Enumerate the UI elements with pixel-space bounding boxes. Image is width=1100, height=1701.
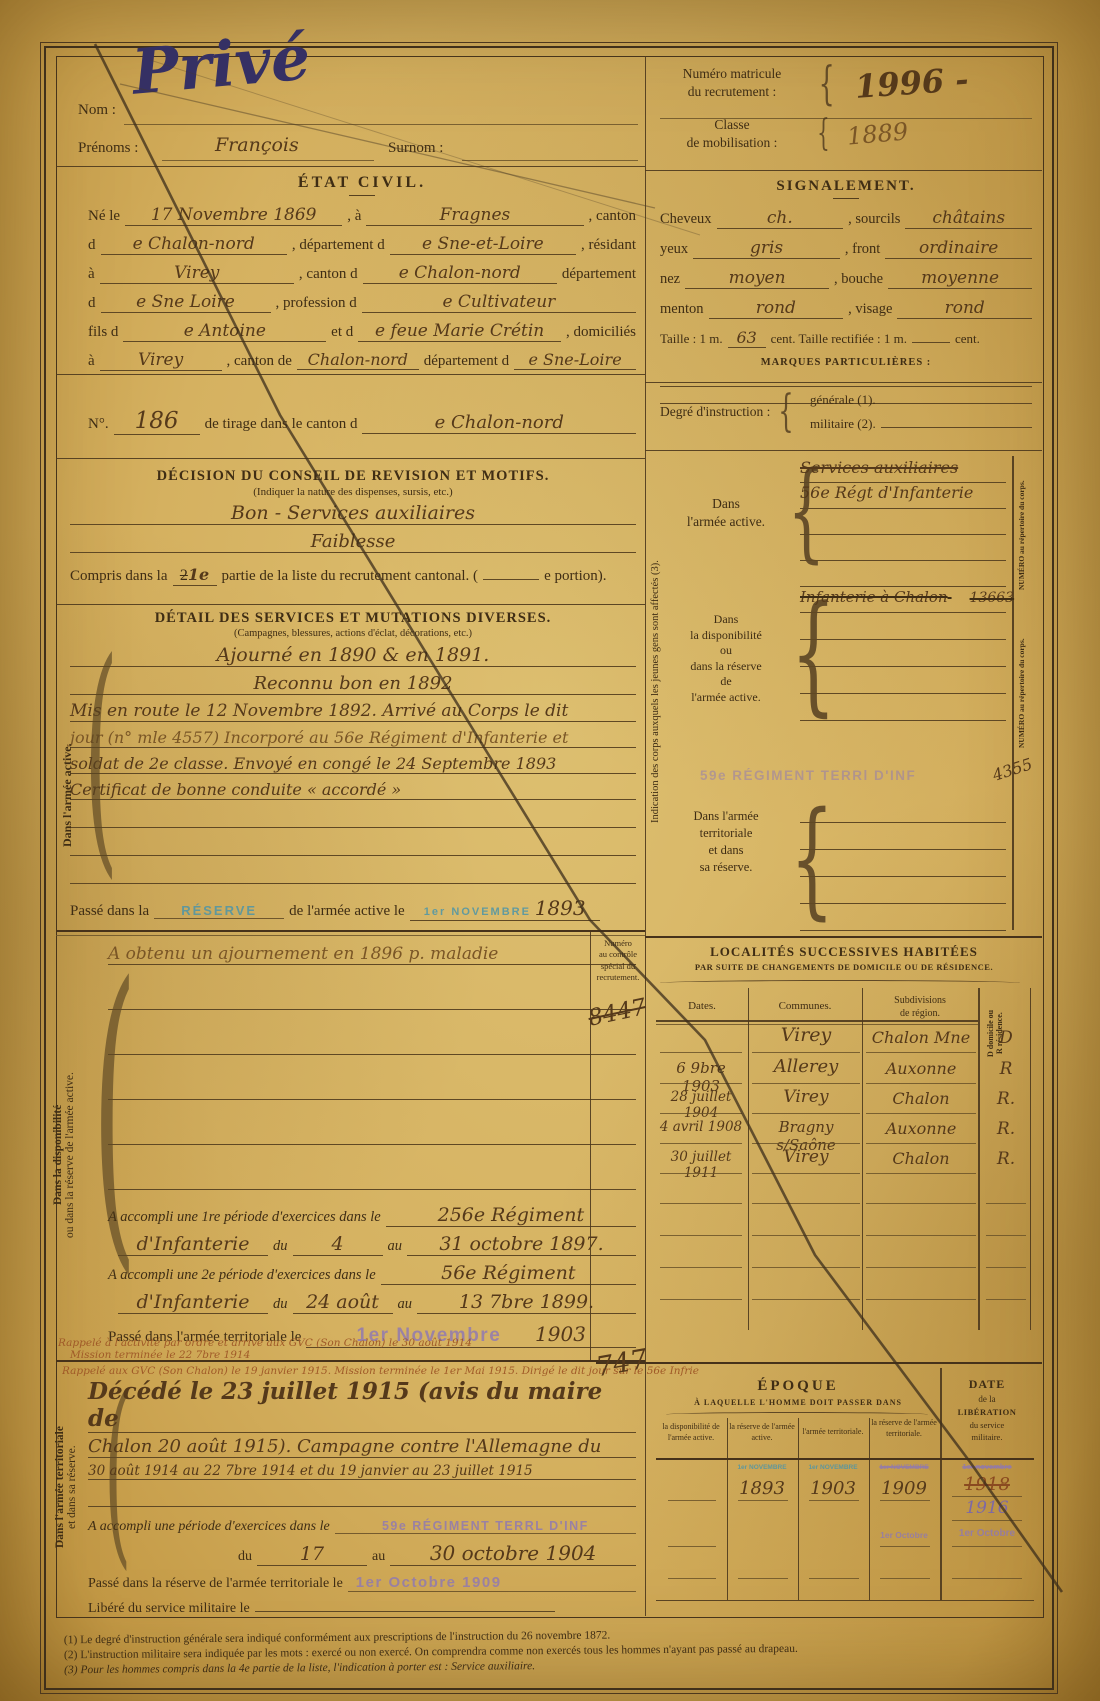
matricule-box: Numéro matricule du recrutement : { 1996…	[652, 60, 1040, 152]
blank-line	[108, 1100, 636, 1145]
blank-line	[800, 694, 1006, 721]
label: nez	[660, 271, 680, 288]
blank-field	[881, 427, 1032, 428]
label: du	[273, 1238, 288, 1255]
value: Fragnes	[366, 205, 583, 226]
blank-line	[800, 877, 1006, 904]
cell-subdivision: Chalon Mne	[864, 1028, 978, 1047]
value: 13 7bre 1899.	[417, 1291, 636, 1314]
value: 31 octobre 1897.	[407, 1233, 636, 1256]
corps-entry: 56e Régt d'Infanterie	[800, 483, 1006, 509]
signalement-title: SIGNALEMENT.	[660, 178, 1032, 195]
label: , bouche	[834, 271, 883, 288]
cell-commune: Virey	[750, 1024, 862, 1046]
decision-section: DÉCISION DU CONSEIL DE REVISION ET MOTIF…	[70, 468, 636, 586]
name-label: Nom :	[78, 102, 116, 119]
service-entry: soldat de 2e classe. Envoyé en congé le …	[70, 754, 636, 774]
blank-line	[800, 509, 1006, 535]
novembre-stamp: 1er NOVEMBRE	[424, 906, 531, 918]
localites-subtitle: PAR SUITE DE CHANGEMENTS DE DOMICILE OU …	[648, 962, 1040, 972]
label: Dans	[676, 612, 776, 628]
blank-line	[800, 640, 1006, 667]
controle-label: Numéro au contrôle spécial du recrutemen…	[592, 938, 644, 984]
corps-g2-label: Dans la disponibilité ou dans la réserve…	[676, 612, 776, 706]
deces-line3: 30 août 1914 au 22 7bre 1914 et du 19 ja…	[88, 1463, 636, 1480]
value: 4	[293, 1233, 383, 1256]
label: , profession d	[276, 295, 357, 312]
periode2-row1: A accompli une 2e période d'exercices da…	[108, 1262, 636, 1285]
label: de l'armée active le	[289, 903, 405, 920]
epoque-title: ÉPOQUE	[656, 1378, 940, 1395]
etat-civil-row: Né le 17 Novembre 1869 , à Fragnes , can…	[88, 205, 636, 226]
label: à	[88, 266, 95, 283]
label: de région.	[862, 1007, 978, 1020]
label: A accompli une 1re période d'exercices d…	[108, 1209, 381, 1226]
blank-line	[800, 796, 1006, 823]
signalement-section: SIGNALEMENT. Cheveux ch. , sourcils chât…	[660, 178, 1032, 404]
service-entry: Certificat de bonne conduite « accordé »	[70, 780, 636, 800]
value: rond	[709, 298, 844, 319]
blank-line	[800, 613, 1006, 640]
epoque-stamp-c5: 1er novembre	[942, 1462, 1032, 1471]
decision-subtitle: (Indiquer la nature des dispenses, sursi…	[70, 486, 636, 498]
epoque-year-c5-new: 1916	[942, 1498, 1032, 1518]
label: Numéro	[592, 938, 644, 949]
corps-g1-entries: Services auxiliaires 56e Régt d'Infanter…	[800, 458, 1006, 587]
numero-repertoire-label: NUMÉRO au répertoire du corps.	[1017, 620, 1037, 766]
label: Cheveux	[660, 211, 712, 228]
epoque-date-header: DATE de la LIBÉRATION du service militai…	[942, 1376, 1032, 1443]
value: d'Infanterie	[118, 1233, 268, 1256]
corps-g3-entries	[800, 796, 1006, 931]
value: e Sne-Loire	[514, 350, 636, 370]
value: 17	[257, 1543, 367, 1566]
epoque-oct-c5: 1er Octobre	[942, 1528, 1032, 1539]
epoque-subtitle: À LAQUELLE L'HOMME DOIT PASSER DANS	[656, 1398, 940, 1407]
cell-date: 4 avril 1908	[656, 1119, 746, 1135]
label: cent.	[955, 331, 980, 347]
localites-row: 4 avril 1908 Bragny s/Saône Auxonne R.	[656, 1119, 1030, 1149]
value: 1e	[188, 565, 209, 584]
label: Libéré du service militaire le	[88, 1601, 250, 1617]
degre-brace: {	[778, 390, 793, 434]
value: e Antoine	[123, 321, 326, 342]
tirage-number: 186	[114, 408, 200, 435]
firstname-label: Prénoms :	[78, 140, 138, 157]
epoque-oct-c4: 1er Octobre	[871, 1530, 937, 1540]
cell-commune: Virey	[750, 1147, 862, 1167]
degre-militaire-label: militaire (2).	[810, 416, 876, 432]
value: 256e Régiment	[386, 1204, 636, 1227]
value: e Chalon-nord	[101, 234, 287, 255]
localites-row: 6 9bre 1903 Allerey Auxonne R	[656, 1059, 1030, 1089]
decision-title: DÉCISION DU CONSEIL DE REVISION ET MOTIF…	[70, 468, 636, 485]
col-header-dates: Dates.	[656, 1000, 748, 1012]
blank-line	[800, 823, 1006, 850]
cell-dr: R.	[982, 1089, 1030, 1109]
label: d	[88, 237, 96, 254]
epoque-col4-header: la réserve de l'armée territoriale.	[871, 1418, 937, 1440]
value: châtains	[905, 208, 1032, 229]
label: , canton	[589, 208, 636, 225]
label: à	[88, 353, 95, 370]
column-divider	[645, 56, 646, 1616]
label: cent. Taille rectifiée : 1 m.	[771, 331, 907, 347]
services-section: DÉTAIL DES SERVICES ET MUTATIONS DIVERSE…	[70, 610, 636, 921]
value: Virey	[100, 263, 294, 284]
label: DATE	[942, 1376, 1032, 1393]
tirage-label: N°.	[88, 416, 109, 433]
periode3-row1: A accompli une période d'exercices dans …	[88, 1519, 636, 1535]
passe-reserve-terr-row: Passé dans la réserve de l'armée territo…	[88, 1574, 636, 1592]
periode2-row2: d'Infanterie du 24 août au 13 7bre 1899.	[108, 1291, 636, 1314]
classe-label-line2: de mobilisation :	[652, 134, 812, 152]
struck-value: 2	[180, 567, 188, 584]
periode1-row1: A accompli une 1re période d'exercices d…	[108, 1204, 636, 1227]
terr-section: Décédé le 23 juillet 1915 (avis du maire…	[88, 1378, 636, 1617]
signalement-row: menton rond , visage rond	[660, 298, 1032, 319]
label: A accompli une 2e période d'exercices da…	[108, 1267, 376, 1284]
label: du service	[942, 1419, 1032, 1431]
label: spécial du	[592, 961, 644, 972]
label: menton	[660, 301, 704, 318]
value: 30 octobre 1904	[390, 1541, 636, 1566]
service-entry: Reconnu bon en 1892	[70, 673, 636, 695]
label: , visage	[848, 301, 892, 318]
degre-section: Degré d'instruction : { générale (1). mi…	[660, 390, 1032, 434]
decision-line1: Bon - Services auxiliaires	[70, 502, 636, 525]
active-paren: (	[84, 630, 118, 880]
taille-row: Taille : 1 m. 63 cent. Taille rectifiée …	[660, 328, 1032, 348]
epoque-year-c5-old: 1918	[942, 1474, 1032, 1495]
label: Subdivisions	[862, 994, 978, 1007]
blank-line	[800, 904, 1006, 931]
marques-label: MARQUES PARTICULIÈRES :	[660, 357, 1032, 368]
localites-row: 28 juillet 1904 Virey Chalon R.	[656, 1089, 1030, 1119]
blank-line	[800, 667, 1006, 694]
side-label-line: et dans sa réserve.	[66, 1372, 78, 1602]
side-label-active: Dans l'armée active.	[60, 660, 75, 930]
cell-subdivision: Chalon	[864, 1089, 978, 1108]
tirage-text: de tirage dans le canton d	[205, 416, 358, 433]
side-label-line: Dans la disponibilité	[52, 960, 64, 1350]
label: d	[88, 295, 96, 312]
deces-line1: Décédé le 23 juillet 1915 (avis du maire…	[88, 1378, 636, 1433]
value: Infanterie à Chalon	[800, 588, 948, 606]
corps-left-label: Indication des corps auxquels les jeunes…	[650, 458, 668, 926]
matricule-label-line1: Numéro matricule	[652, 65, 812, 83]
corps-entry: Infanterie à Chalon 13663	[800, 588, 1006, 613]
value: ch.	[717, 208, 844, 229]
value: d'Infanterie	[118, 1291, 268, 1314]
regiment-stamp: 59e RÉGIMENT TERRL D'INF	[335, 1519, 636, 1534]
label: territoriale	[676, 825, 776, 842]
tirage-row: N°. 186 de tirage dans le canton d e Cha…	[88, 408, 636, 435]
tirage-canton: e Chalon-nord	[362, 412, 636, 434]
epoque-stamp-c3: 1er NOVEMBRE	[800, 1464, 866, 1471]
epoque-year-c3: 1903	[800, 1478, 866, 1499]
name-value: Privé	[129, 20, 313, 108]
label: , front	[845, 241, 880, 258]
compris-value: 21e	[173, 565, 217, 586]
label: A accompli une période d'exercices dans …	[88, 1519, 330, 1535]
value: e Sne-et-Loire	[390, 234, 576, 255]
deces-line2: Chalon 20 août 1915). Campagne contre l'…	[88, 1436, 636, 1458]
cell-dr: R.	[982, 1119, 1030, 1139]
corps-g2-entries: Infanterie à Chalon 13663	[800, 588, 1006, 721]
blank-line	[108, 1010, 636, 1055]
service-entry: Ajourné en 1890 & en 1891.	[70, 644, 636, 667]
numero-repertoire-label: NUMÉRO au répertoire du corps.	[1017, 462, 1037, 608]
blank-field	[912, 342, 950, 343]
blank-line	[88, 1480, 636, 1507]
service-entry: jour (n° mle 4557) Incorporé au 56e Régi…	[70, 728, 636, 748]
cell-date: 30 juillet 1911	[656, 1149, 746, 1181]
etat-civil-row: fils d e Antoine et d e feue Marie Créti…	[88, 321, 636, 342]
etat-civil-row: d e Chalon-nord , département d e Sne-et…	[88, 234, 636, 255]
degre-generale-label: générale (1).	[810, 392, 876, 408]
epoque-col1-header: la disponibilité de l'armée active.	[658, 1422, 724, 1444]
epoque-stamp-c4: 1er NOVEMBRE	[871, 1464, 937, 1471]
label: Compris dans la	[70, 568, 168, 585]
side-label-dispo: Dans la disponibilité ou dans la réserve…	[52, 960, 76, 1350]
epoque-stamp-c2: 1er NOVEMBRE	[729, 1464, 795, 1471]
compris-row: Compris dans la 21e partie de la liste d…	[70, 565, 636, 586]
value: moyenne	[888, 268, 1032, 289]
cell-dr: R.	[982, 1149, 1030, 1169]
side-label-line: Dans l'armée territoriale	[54, 1372, 66, 1602]
ajournement-entry: A obtenu un ajournement en 1896 p. malad…	[108, 944, 636, 965]
label: , domiciliés	[566, 324, 636, 341]
service-entry: Mis en route le 12 Novembre 1892. Arrivé…	[70, 701, 636, 722]
side-label-line: ou dans la réserve de l'armée active.	[64, 960, 76, 1350]
blank-line	[800, 535, 1006, 561]
label: , canton de	[227, 353, 292, 370]
cell-dr: D	[982, 1028, 1030, 1048]
label: département d	[424, 353, 509, 370]
value: e feue Marie Crétin	[358, 321, 561, 342]
label: du	[273, 1296, 288, 1313]
signalement-row: yeux gris , front ordinaire	[660, 238, 1032, 259]
footer-notes: (1) Le degré d'instruction générale sera…	[64, 1626, 1044, 1677]
value: moyen	[685, 268, 829, 289]
label: Dans	[676, 495, 776, 513]
corps-g3-label: Dans l'armée territoriale et dans sa rés…	[676, 808, 776, 876]
value: ordinaire	[885, 238, 1032, 259]
label: yeux	[660, 241, 688, 258]
label: de la	[942, 1393, 1032, 1406]
label: au contrôle	[592, 949, 644, 960]
etat-civil-row: à Virey , canton d e Chalon-nord départe…	[88, 263, 636, 284]
label: la disponibilité	[676, 628, 776, 644]
signalement-row: nez moyen , bouche moyenne	[660, 268, 1032, 289]
label: , département d	[292, 237, 385, 254]
cell-subdivision: Auxonne	[864, 1119, 978, 1138]
epoque-year-c4: 1909	[871, 1478, 937, 1499]
date-field: 1er NOVEMBRE 1893	[410, 896, 600, 921]
label: LIBÉRATION	[942, 1406, 1032, 1418]
etat-civil-section: ÉTAT CIVIL. Né le 17 Novembre 1869 , à F…	[88, 174, 636, 371]
label: sa réserve.	[676, 859, 776, 876]
rappel-note-1: Rappelé à l'activité par ordre et arrivé…	[58, 1337, 633, 1349]
signalement-row: Cheveux ch. , sourcils châtains	[660, 208, 1032, 229]
label: , à	[347, 208, 361, 225]
label: Dans l'armée	[676, 808, 776, 825]
localites-row: Virey Chalon Mne D	[656, 1028, 1030, 1058]
cell-subdivision: Chalon	[864, 1149, 978, 1168]
services-subtitle: (Campagnes, blessures, actions d'éclat, …	[70, 628, 636, 639]
periode1-row2: d'Infanterie du 4 au 31 octobre 1897.	[108, 1233, 636, 1256]
classe-label-line1: Classe	[652, 116, 812, 134]
rappel-note-3: Rappelé aux GVC (Son Chalon) le 19 janvi…	[62, 1365, 862, 1377]
label: ou	[676, 643, 776, 659]
epoque-col2-header: la réserve de l'armée active.	[729, 1422, 795, 1444]
localites-row: 30 juillet 1911 Virey Chalon R.	[656, 1149, 1030, 1179]
value: Chalon-nord	[297, 350, 419, 370]
label: et d	[331, 324, 353, 341]
value: e Sne Loire	[101, 292, 271, 313]
label: et dans	[676, 842, 776, 859]
label: Taille : 1 m.	[660, 331, 723, 347]
corps-entry: Services auxiliaires	[800, 458, 1006, 483]
side-label-terr: Dans l'armée territoriale et dans sa rés…	[54, 1372, 78, 1602]
epoque-year-c2: 1893	[729, 1478, 795, 1499]
corps-number: 13663	[970, 590, 1015, 606]
label: au	[372, 1549, 385, 1565]
classe-brace: {	[817, 116, 830, 152]
surname-label: Surnom :	[388, 140, 443, 157]
cell-dr: R	[982, 1059, 1030, 1079]
label: , sourcils	[848, 211, 900, 228]
label: l'armée active.	[676, 513, 776, 531]
label: de	[676, 674, 776, 690]
value: e Cultivateur	[362, 292, 636, 313]
matricule-brace: {	[819, 60, 835, 106]
blank-line	[70, 828, 636, 856]
label: e portion).	[544, 568, 606, 585]
blank-field	[881, 403, 1032, 404]
year-value: 1893	[535, 896, 586, 920]
col-header-subdivisions: Subdivisions de région.	[862, 994, 978, 1020]
blank-field	[255, 1611, 555, 1612]
height-value: 63	[728, 328, 766, 348]
octobre-stamp: 1er Octobre 1909	[348, 1574, 636, 1592]
label: l'armée active.	[676, 690, 776, 706]
label: Passé dans la réserve de l'armée territo…	[88, 1576, 343, 1592]
degre-label: Degré d'instruction :	[660, 403, 772, 421]
blank-line	[800, 850, 1006, 877]
localites-title: LOCALITÉS SUCCESSIVES HABITÉES	[648, 944, 1040, 960]
label: du	[238, 1549, 252, 1565]
label: au	[388, 1238, 403, 1255]
value: rond	[897, 298, 1032, 319]
military-record-sheet: Privé Nom : Prénoms : François Surnom : …	[0, 0, 1100, 1701]
etat-civil-row: d e Sne Loire , profession d e Cultivate…	[88, 292, 636, 313]
regiment-territorial-stamp: 59e RÉGIMENT TERRl D'INF	[700, 768, 916, 783]
blank-line	[108, 1055, 636, 1100]
label: , résidant	[581, 237, 636, 254]
matricule-value: 1996 -	[854, 60, 970, 106]
value: Virey	[100, 350, 222, 371]
value: gris	[693, 238, 840, 259]
cell-subdivision: Auxonne	[864, 1059, 978, 1078]
passe-reserve-row: Passé dans la RÉSERVE de l'armée active …	[70, 896, 636, 921]
etat-civil-row: à Virey , canton de Chalon-nord départem…	[88, 350, 636, 371]
label: militaire.	[942, 1431, 1032, 1443]
label: , canton d	[299, 266, 358, 283]
cell-commune: Virey	[750, 1087, 862, 1107]
label: recrutement.	[592, 972, 644, 983]
value: 24 août	[293, 1291, 393, 1314]
label: partie de la liste du recrutement canton…	[222, 568, 479, 585]
epoque-col3-header: l'armée territoriale.	[800, 1427, 866, 1438]
label: Né le	[88, 208, 120, 225]
cell-date: 28 juillet 1904	[656, 1089, 746, 1121]
col-header-communes: Communes.	[748, 1000, 862, 1012]
decision-line2: Faiblesse	[70, 531, 636, 553]
reserve-stamp: RÉSERVE	[154, 903, 284, 919]
matricule-label-line2: du recrutement :	[652, 83, 812, 101]
blank-line	[660, 368, 1032, 387]
portion-blank	[483, 579, 539, 580]
blank-line	[108, 1145, 636, 1190]
libere-row: Libéré du service militaire le	[88, 1601, 636, 1617]
value: e Chalon-nord	[363, 263, 557, 284]
blank-line	[108, 965, 636, 1010]
value: 17 Novembre 1869	[125, 205, 342, 226]
corps-g1-label: Dans l'armée active.	[676, 495, 776, 531]
blank-line	[70, 856, 636, 884]
dispo-section: A obtenu un ajournement en 1896 p. malad…	[108, 944, 636, 1348]
label: au	[398, 1296, 413, 1313]
periode3-row2: du 17 au 30 octobre 1904	[88, 1541, 636, 1566]
blank-line	[70, 800, 636, 828]
value: 56e Régiment	[381, 1262, 636, 1285]
classe-value: 1889	[846, 117, 909, 150]
label: dans la réserve	[676, 659, 776, 675]
services-title: DÉTAIL DES SERVICES ET MUTATIONS DIVERSE…	[70, 610, 636, 627]
firstname-value: François	[215, 134, 299, 156]
label: département	[562, 266, 636, 283]
etat-civil-title: ÉTAT CIVIL.	[88, 174, 636, 192]
cell-commune: Allerey	[750, 1056, 862, 1077]
label: fils d	[88, 324, 118, 341]
